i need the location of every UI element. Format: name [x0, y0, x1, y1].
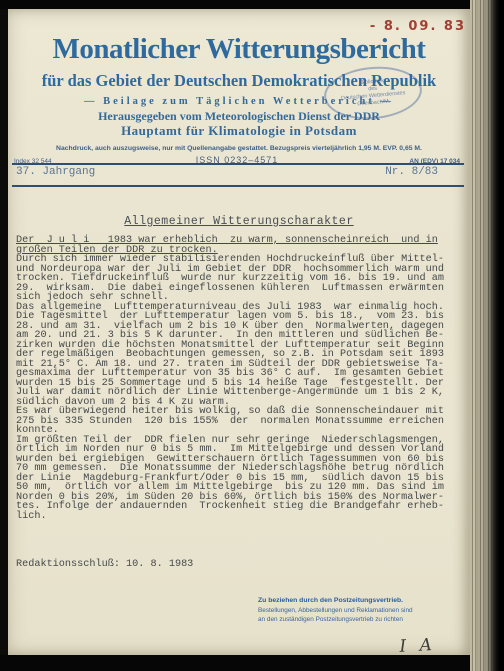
- book-page-edges: [470, 0, 504, 671]
- scanned-page: - 8. 09. 83 Monatlicher Witterungsberich…: [0, 0, 504, 671]
- reprint-notice: Nachdruck, auch auszugsweise, nur mit Qu…: [8, 145, 470, 152]
- scan-border-bottom: [0, 655, 470, 671]
- issue-number: Nr. 8/83: [385, 166, 462, 178]
- distribution-note: Zu beziehen durch den Postzeitungsvertri…: [258, 597, 468, 625]
- page-title: Monatlicher Witterungsbericht: [8, 33, 470, 66]
- paper-sheet: - 8. 09. 83 Monatlicher Witterungsberich…: [8, 9, 470, 655]
- section-heading: Allgemeiner Witterungscharakter: [8, 215, 470, 228]
- library-stamp-line: Offenbach/M.: [357, 99, 390, 109]
- body-paragraph: Durch sich immer wieder stabilisierenden…: [16, 255, 444, 521]
- received-date-stamp: - 8. 09. 83: [370, 19, 466, 34]
- editorial-deadline: Redaktionsschluß: 10. 8. 1983: [16, 560, 193, 570]
- distribution-note-line: Bestellungen, Abbestellungen und Reklama…: [258, 607, 468, 616]
- volume-label: 37. Jahrgang: [16, 166, 95, 178]
- distribution-note-title: Zu beziehen durch den Postzeitungsvertri…: [258, 597, 468, 604]
- scan-border-top: [0, 0, 470, 9]
- lead-paragraph: Der J u l i 1983 war erheblich zu warm, …: [16, 236, 438, 255]
- divider-rule-top: [12, 163, 464, 165]
- divider-rule-bottom: [12, 185, 464, 187]
- volume-issue-row: 37. Jahrgang Nr. 8/83: [16, 166, 462, 178]
- distribution-note-line: an den zuständigen Postzeitungsvertrieb …: [258, 616, 468, 625]
- department-line: Hauptamt für Klimatologie in Potsdam: [8, 123, 470, 139]
